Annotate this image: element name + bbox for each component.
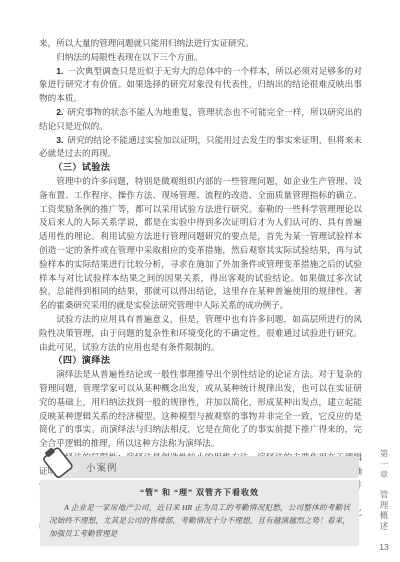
item-text: 研究的结论不能通过实验加以证明，只能用过去发生的事实来证明，但将来未必就是过去的…: [39, 135, 362, 159]
paragraph: 管理中的许多问题，特别是微观组织内部的一些管理问题，如企业生产管理、设备布置、工…: [39, 175, 362, 313]
paragraph: 归纳法的局限性表现在以下三个方面。: [39, 51, 362, 65]
margin-tab: 第一章 管理概述 13: [377, 449, 391, 552]
case-box-content: “管” 和 “理” 双管齐下看收效 A 企业是一家房地产公司，近日来 HR 正为…: [40, 480, 359, 546]
case-text: A 企业是一家房地产公司，近日来 HR 正为员工的考勤情况犯愁，公司整体的考勤状…: [49, 501, 350, 541]
section-heading: （四）演绎法: [39, 354, 362, 368]
numbered-item: 1.一次典型调查只是近似于无穷大的总体中的一个样本，所以必须对足够多的对象进行研…: [39, 65, 362, 106]
book-page: 来，所以大量的管理问题就只能用归纳法进行实证研究。 归纳法的局限性表现在以下三个…: [0, 0, 400, 562]
section-heading: （三）试验法: [39, 161, 362, 175]
item-number: 2.: [56, 107, 63, 117]
page-number: 13: [379, 542, 388, 552]
notepad-icon: [38, 444, 80, 480]
numbered-item: 3.研究的结论不能通过实验加以证明，只能用过去发生的事实来证明，但将来未必就是过…: [39, 134, 362, 162]
item-number: 1.: [56, 66, 63, 76]
item-number: 3.: [56, 135, 63, 145]
paragraph: 试验方法的应用具有普遍意义，但是，管理中也有许多问题，如高层所进行的风险性决策管…: [39, 313, 362, 354]
case-study-box: 小案例 “管” 和 “理” 双管齐下看收效 A 企业是一家房地产公司，近日来 H…: [40, 446, 359, 546]
case-box-label: 小案例: [86, 460, 118, 474]
item-text: 一次典型调查只是近似于无穷大的总体中的一个样本，所以必须对足够多的对象进行研究才…: [39, 66, 362, 104]
paragraph: 来，所以大量的管理问题就只能用归纳法进行实证研究。: [39, 37, 362, 51]
numbered-item: 2.研究事物的状态不能人为地重复，管理状态也不可能完全一样，所以研究出的结论只是…: [39, 106, 362, 134]
paragraph: 演绎法是从普遍性结论或一般性事理推导出个别性结论的论证方法。对于复杂的管理问题，…: [39, 368, 362, 451]
case-title: “管” 和 “理” 双管齐下看收效: [50, 487, 349, 498]
chapter-number: 第一章: [378, 449, 390, 481]
item-text: 研究事物的状态不能人为地重复，管理状态也不可能完全一样，所以研究出的结论只是近似…: [39, 107, 362, 131]
chapter-title: 管理概述: [378, 490, 390, 532]
